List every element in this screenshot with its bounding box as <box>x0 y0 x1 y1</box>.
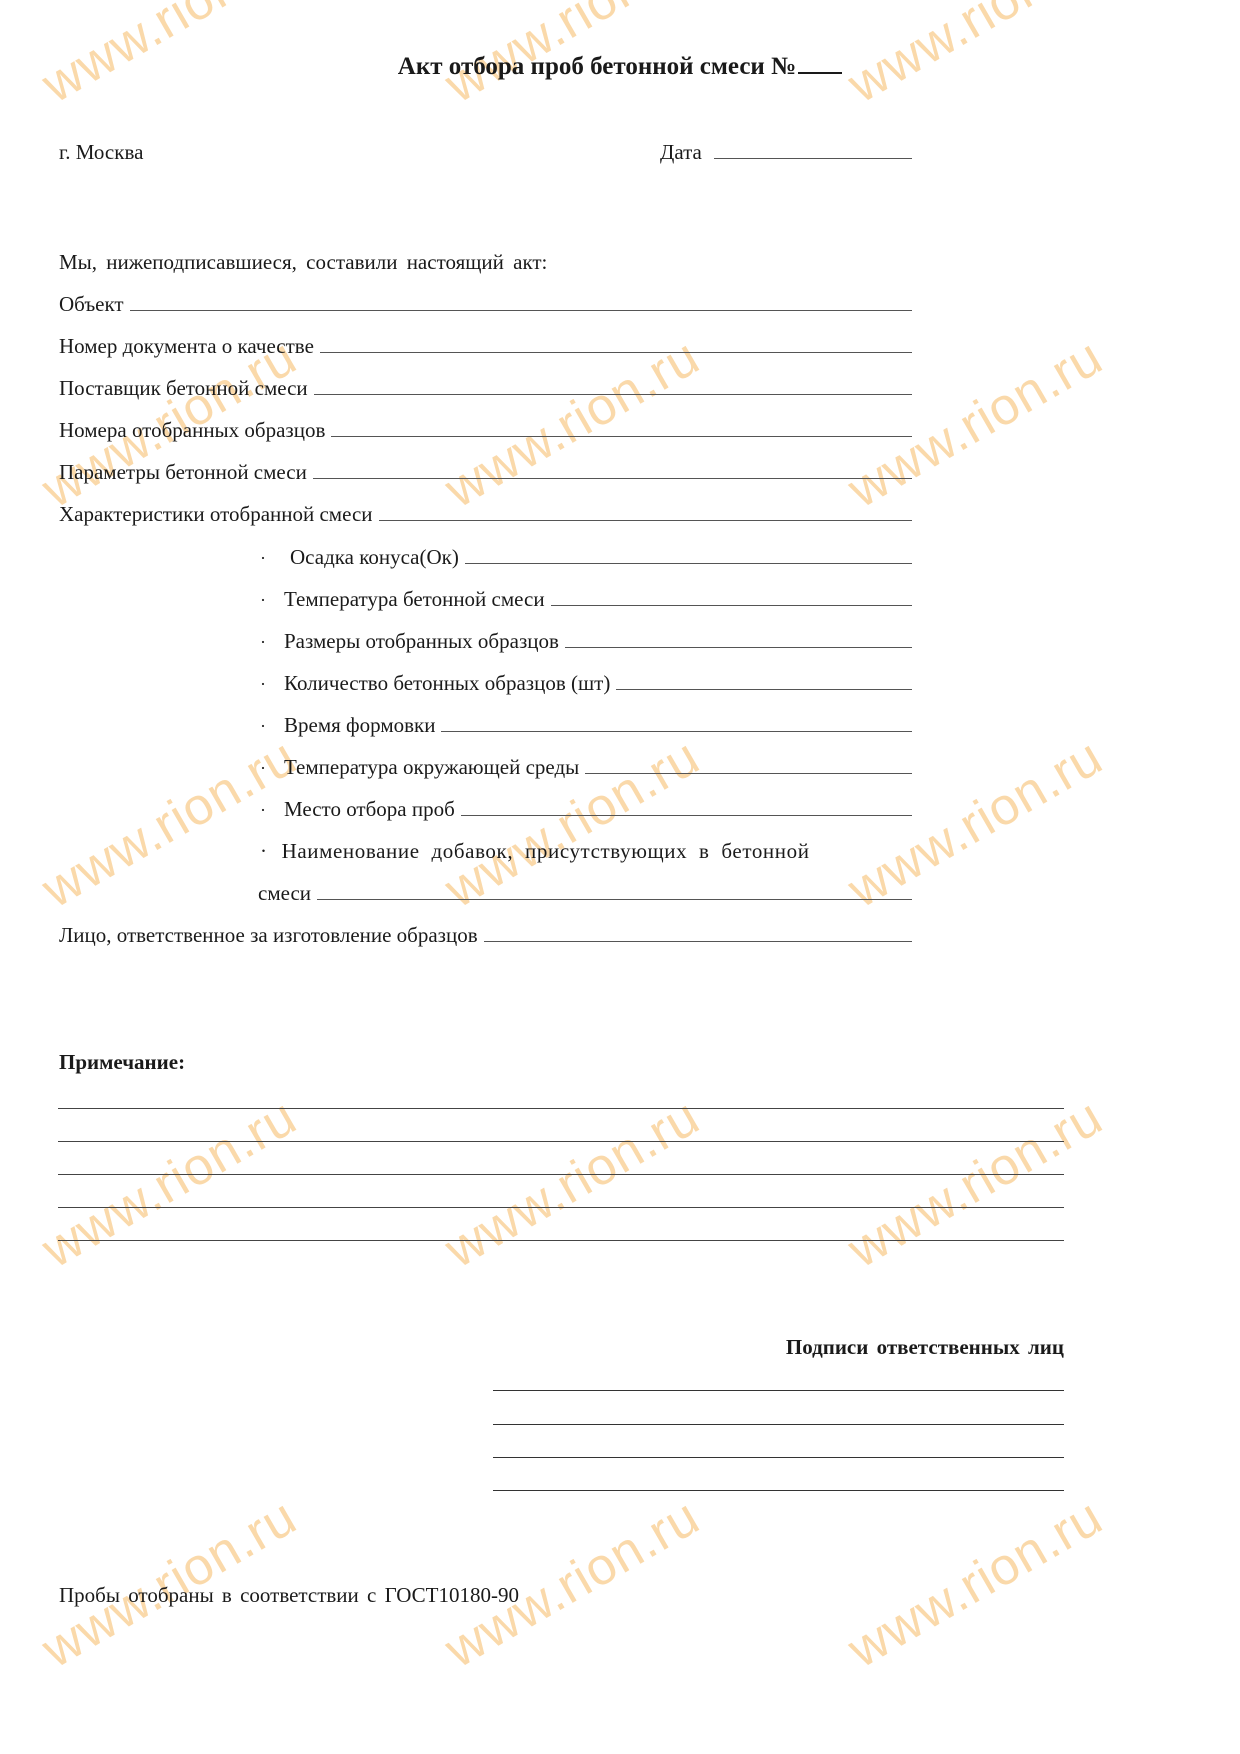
signature-line[interactable] <box>493 1390 1064 1391</box>
bullet-icon: · <box>260 632 284 653</box>
char-item-sample-count: · Количество бетонных образцов (шт) <box>260 671 912 696</box>
bullet-icon: · <box>260 800 284 821</box>
char-item-additives: · Наименование добавок, присутствующих в… <box>260 839 912 864</box>
char-item-ambient-temp: · Температура окружающей среды <box>260 755 912 780</box>
char-label: Место отбора проб <box>284 797 455 822</box>
char-label: Температура окружающей среды <box>284 755 579 780</box>
bullet-icon: · <box>260 548 284 569</box>
char-item-sample-size: · Размеры отобранных образцов <box>260 629 912 654</box>
char-item-additives-cont: смеси <box>258 881 912 906</box>
bullet-icon: · <box>260 758 284 779</box>
note-line[interactable] <box>58 1108 1064 1109</box>
date-label: Дата <box>660 140 702 165</box>
date-field[interactable] <box>714 142 912 159</box>
field-label: Параметры бетонной смеси <box>59 460 307 485</box>
document-content: Акт отбора проб бетонной смеси № г. Моск… <box>0 0 1240 1754</box>
additives-field[interactable] <box>317 883 912 900</box>
char-label: Количество бетонных образцов (шт) <box>284 671 610 696</box>
char-label: Осадка конуса(Ок) <box>290 545 459 570</box>
field-label: Характеристики отобранной смеси <box>59 502 373 527</box>
sample-numbers-field[interactable] <box>331 420 912 437</box>
char-label: Температура бетонной смеси <box>284 587 545 612</box>
signature-line[interactable] <box>493 1457 1064 1458</box>
field-label: Объект <box>59 292 124 317</box>
char-item-slump: · Осадка конуса(Ок) <box>260 545 912 570</box>
field-label: Номер документа о качестве <box>59 334 314 359</box>
signature-line[interactable] <box>493 1424 1064 1425</box>
supplier-field[interactable] <box>314 378 912 395</box>
char-item-mix-temp: · Температура бетонной смеси <box>260 587 912 612</box>
char-label: Время формовки <box>284 713 435 738</box>
gost-footer: Пробы отобраны в соответствии с ГОСТ1018… <box>59 1583 519 1608</box>
responsible-person-field[interactable] <box>484 925 912 942</box>
mix-params-field[interactable] <box>313 462 912 479</box>
bullet-icon: · <box>260 674 284 695</box>
field-label: Номера отобранных образцов <box>59 418 325 443</box>
date-row: Дата <box>660 140 912 165</box>
characteristics-field[interactable] <box>379 504 912 521</box>
char-item-molding-time: · Время формовки <box>260 713 912 738</box>
signature-line[interactable] <box>493 1490 1064 1491</box>
char-item-sampling-place: · Место отбора проб <box>260 797 912 822</box>
bullet-icon: · <box>260 839 268 864</box>
field-characteristics: Характеристики отобранной смеси <box>59 502 912 527</box>
bullet-icon: · <box>260 716 284 737</box>
mix-temperature-field[interactable] <box>551 589 912 606</box>
note-line[interactable] <box>58 1207 1064 1208</box>
field-label: Поставщик бетонной смеси <box>59 376 308 401</box>
field-supplier: Поставщик бетонной смеси <box>59 376 912 401</box>
ambient-temperature-field[interactable] <box>585 757 912 774</box>
bullet-icon: · <box>260 590 284 611</box>
document-page: www.rion.ru www.rion.ru www.rion.ru www.… <box>0 0 1240 1754</box>
document-title: Акт отбора проб бетонной смеси № <box>0 52 1240 81</box>
note-line[interactable] <box>58 1174 1064 1175</box>
molding-time-field[interactable] <box>441 715 912 732</box>
field-responsible: Лицо, ответственное за изготовление обра… <box>59 923 912 948</box>
city-label: г. Москва <box>59 140 143 165</box>
sample-count-field[interactable] <box>616 673 912 690</box>
char-label: смеси <box>258 881 311 906</box>
note-label: Примечание: <box>59 1050 185 1075</box>
slump-field[interactable] <box>465 547 912 564</box>
field-label: Лицо, ответственное за изготовление обра… <box>59 923 478 948</box>
note-line[interactable] <box>58 1141 1064 1142</box>
field-sample-numbers: Номера отобранных образцов <box>59 418 912 443</box>
char-label: Размеры отобранных образцов <box>284 629 559 654</box>
object-field[interactable] <box>130 294 912 311</box>
title-text: Акт отбора проб бетонной смеси № <box>398 53 796 80</box>
char-label: Наименование добавок, присутствующих в б… <box>282 839 912 864</box>
intro-text: Мы, нижеподписавшиеся, составили настоящ… <box>59 250 547 275</box>
field-mix-params: Параметры бетонной смеси <box>59 460 912 485</box>
sampling-place-field[interactable] <box>461 799 912 816</box>
field-quality-doc: Номер документа о качестве <box>59 334 912 359</box>
note-line[interactable] <box>58 1240 1064 1241</box>
signatures-label: Подписи ответственных лиц <box>786 1335 1064 1360</box>
act-number-field[interactable] <box>798 52 842 74</box>
quality-doc-number-field[interactable] <box>320 336 912 353</box>
field-object: Объект <box>59 292 912 317</box>
sample-size-field[interactable] <box>565 631 912 648</box>
